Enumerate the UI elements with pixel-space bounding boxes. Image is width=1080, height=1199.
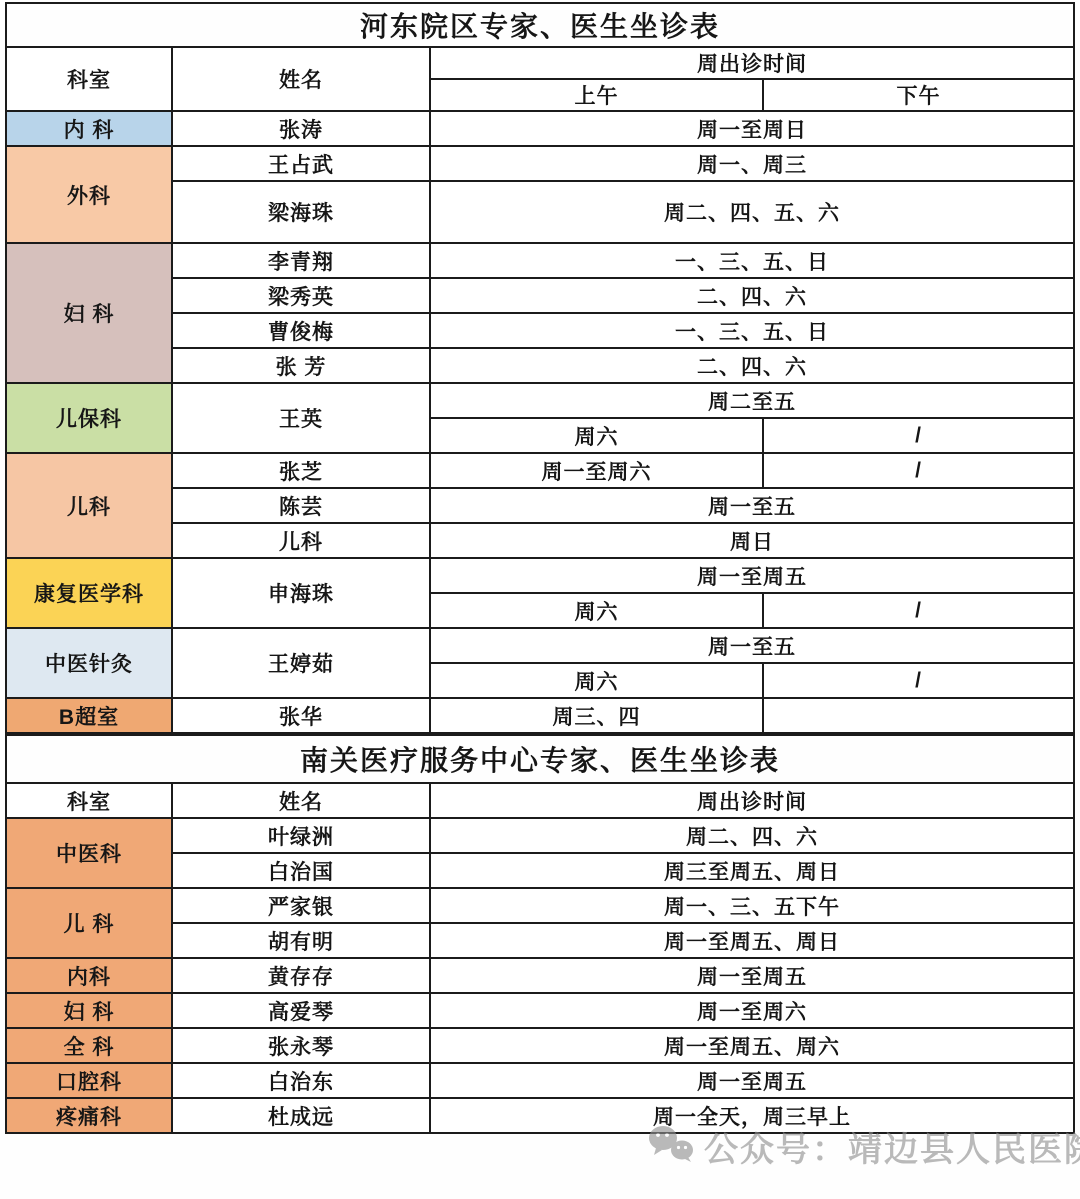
doctor-name-cell: 儿科 bbox=[172, 523, 430, 558]
schedule-time-cell: 二、四、六 bbox=[430, 278, 1074, 313]
schedule-am-cell: 周六 bbox=[430, 593, 763, 628]
schedule-time-cell: 周一至五 bbox=[430, 628, 1074, 663]
header-dept: 科室 bbox=[6, 783, 172, 818]
schedule-time-cell: 一、三、五、日 bbox=[430, 313, 1074, 348]
schedule-time-cell: 周二、四、六 bbox=[430, 818, 1074, 853]
schedule-am-cell: 周六 bbox=[430, 663, 763, 698]
schedule-pm-cell: / bbox=[763, 418, 1074, 453]
nanguan-schedule-table: 南关医疗服务中心专家、医生坐诊表 科室 姓名 周出诊时间 中医科 叶绿洲 周二、… bbox=[5, 734, 1075, 1134]
schedule-am-cell: 周一至周六 bbox=[430, 453, 763, 488]
doctor-name-cell: 曹俊梅 bbox=[172, 313, 430, 348]
header-pm: 下午 bbox=[763, 79, 1074, 111]
header-time: 周出诊时间 bbox=[430, 783, 1074, 818]
doctor-name-cell: 胡有明 bbox=[172, 923, 430, 958]
doctor-name-cell: 申海珠 bbox=[172, 558, 430, 628]
doctor-name-cell: 王占武 bbox=[172, 146, 430, 181]
doctor-name-cell: 李青翔 bbox=[172, 243, 430, 278]
dept-cell: B超室 bbox=[6, 698, 172, 733]
table-row: 中医针灸 王婷茹 周一至五 bbox=[6, 628, 1074, 663]
table2-title-row: 南关医疗服务中心专家、医生坐诊表 bbox=[6, 735, 1074, 783]
table-row: 疼痛科 杜成远 周一全天，周三早上 bbox=[6, 1098, 1074, 1133]
doctor-name-cell: 杜成远 bbox=[172, 1098, 430, 1133]
table2-header-row: 科室 姓名 周出诊时间 bbox=[6, 783, 1074, 818]
dept-cell: 妇 科 bbox=[6, 243, 172, 383]
schedule-time-cell: 周三至周五、周日 bbox=[430, 853, 1074, 888]
table1-header-row-1: 科室 姓名 周出诊时间 bbox=[6, 47, 1074, 79]
table1-title: 河东院区专家、医生坐诊表 bbox=[6, 3, 1074, 47]
schedule-pm-cell: / bbox=[763, 453, 1074, 488]
table-row: 康复医学科 申海珠 周一至周五 bbox=[6, 558, 1074, 593]
table-row: 口腔科 白治东 周一至周五 bbox=[6, 1063, 1074, 1098]
schedule-pm-cell bbox=[763, 698, 1074, 733]
table-row: 妇 科 李青翔 一、三、五、日 bbox=[6, 243, 1074, 278]
schedule-time-cell: 周一至周五、周日 bbox=[430, 923, 1074, 958]
doctor-name-cell: 张涛 bbox=[172, 111, 430, 146]
table1-title-row: 河东院区专家、医生坐诊表 bbox=[6, 3, 1074, 47]
doctor-name-cell: 陈芸 bbox=[172, 488, 430, 523]
dept-cell: 中医针灸 bbox=[6, 628, 172, 698]
table2-title: 南关医疗服务中心专家、医生坐诊表 bbox=[6, 735, 1074, 783]
table-row: 儿科 张芝 周一至周六 / bbox=[6, 453, 1074, 488]
dept-cell: 儿 科 bbox=[6, 888, 172, 958]
header-name: 姓名 bbox=[172, 47, 430, 111]
schedule-time-cell: 周一至周五、周六 bbox=[430, 1028, 1074, 1063]
table-row: 内科 黄存存 周一至周五 bbox=[6, 958, 1074, 993]
schedule-time-cell: 周二、四、五、六 bbox=[430, 181, 1074, 243]
dept-cell: 疼痛科 bbox=[6, 1098, 172, 1133]
schedule-time-cell: 周日 bbox=[430, 523, 1074, 558]
dept-cell: 儿保科 bbox=[6, 383, 172, 453]
table-row: 妇 科 高爱琴 周一至周六 bbox=[6, 993, 1074, 1028]
dept-cell: 内 科 bbox=[6, 111, 172, 146]
header-dept: 科室 bbox=[6, 47, 172, 111]
dept-cell: 中医科 bbox=[6, 818, 172, 888]
doctor-name-cell: 张芝 bbox=[172, 453, 430, 488]
dept-cell: 妇 科 bbox=[6, 993, 172, 1028]
doctor-name-cell: 严家银 bbox=[172, 888, 430, 923]
schedule-time-cell: 周一至周日 bbox=[430, 111, 1074, 146]
header-am: 上午 bbox=[430, 79, 763, 111]
doctor-name-cell: 张永琴 bbox=[172, 1028, 430, 1063]
table-row: 儿 科 严家银 周一、三、五下午 bbox=[6, 888, 1074, 923]
dept-cell: 康复医学科 bbox=[6, 558, 172, 628]
table-row: 儿保科 王英 周二至五 bbox=[6, 383, 1074, 418]
schedule-time-cell: 周一、周三 bbox=[430, 146, 1074, 181]
doctor-name-cell: 黄存存 bbox=[172, 958, 430, 993]
schedule-time-cell: 周一全天，周三早上 bbox=[430, 1098, 1074, 1133]
schedule-page: 河东院区专家、医生坐诊表 科室 姓名 周出诊时间 上午 下午 内 科 张涛 周一… bbox=[0, 0, 1080, 1199]
hedong-schedule-table: 河东院区专家、医生坐诊表 科室 姓名 周出诊时间 上午 下午 内 科 张涛 周一… bbox=[5, 2, 1075, 734]
doctor-name-cell: 张 芳 bbox=[172, 348, 430, 383]
table-row: B超室 张华 周三、四 bbox=[6, 698, 1074, 733]
table-row: 中医科 叶绿洲 周二、四、六 bbox=[6, 818, 1074, 853]
doctor-name-cell: 白治东 bbox=[172, 1063, 430, 1098]
schedule-time-cell: 周一至周六 bbox=[430, 993, 1074, 1028]
schedule-time-cell: 周二至五 bbox=[430, 383, 1074, 418]
table-row: 全 科 张永琴 周一至周五、周六 bbox=[6, 1028, 1074, 1063]
doctor-name-cell: 张华 bbox=[172, 698, 430, 733]
schedule-pm-cell: / bbox=[763, 593, 1074, 628]
doctor-name-cell: 梁秀英 bbox=[172, 278, 430, 313]
table-row: 内 科 张涛 周一至周日 bbox=[6, 111, 1074, 146]
dept-cell: 内科 bbox=[6, 958, 172, 993]
doctor-name-cell: 王英 bbox=[172, 383, 430, 453]
schedule-time-cell: 周一至周五 bbox=[430, 958, 1074, 993]
dept-cell: 全 科 bbox=[6, 1028, 172, 1063]
schedule-pm-cell: / bbox=[763, 663, 1074, 698]
table-row: 外科 王占武 周一、周三 bbox=[6, 146, 1074, 181]
schedule-time-cell: 周一、三、五下午 bbox=[430, 888, 1074, 923]
doctor-name-cell: 王婷茹 bbox=[172, 628, 430, 698]
dept-cell: 口腔科 bbox=[6, 1063, 172, 1098]
schedule-time-cell: 周一至周五 bbox=[430, 558, 1074, 593]
schedule-am-cell: 周三、四 bbox=[430, 698, 763, 733]
schedule-time-cell: 一、三、五、日 bbox=[430, 243, 1074, 278]
doctor-name-cell: 白治国 bbox=[172, 853, 430, 888]
schedule-am-cell: 周六 bbox=[430, 418, 763, 453]
doctor-name-cell: 高爱琴 bbox=[172, 993, 430, 1028]
schedule-time-cell: 周一至周五 bbox=[430, 1063, 1074, 1098]
dept-cell: 外科 bbox=[6, 146, 172, 243]
schedule-time-cell: 二、四、六 bbox=[430, 348, 1074, 383]
doctor-name-cell: 梁海珠 bbox=[172, 181, 430, 243]
dept-cell: 儿科 bbox=[6, 453, 172, 558]
header-time: 周出诊时间 bbox=[430, 47, 1074, 79]
doctor-name-cell: 叶绿洲 bbox=[172, 818, 430, 853]
header-name: 姓名 bbox=[172, 783, 430, 818]
schedule-time-cell: 周一至五 bbox=[430, 488, 1074, 523]
